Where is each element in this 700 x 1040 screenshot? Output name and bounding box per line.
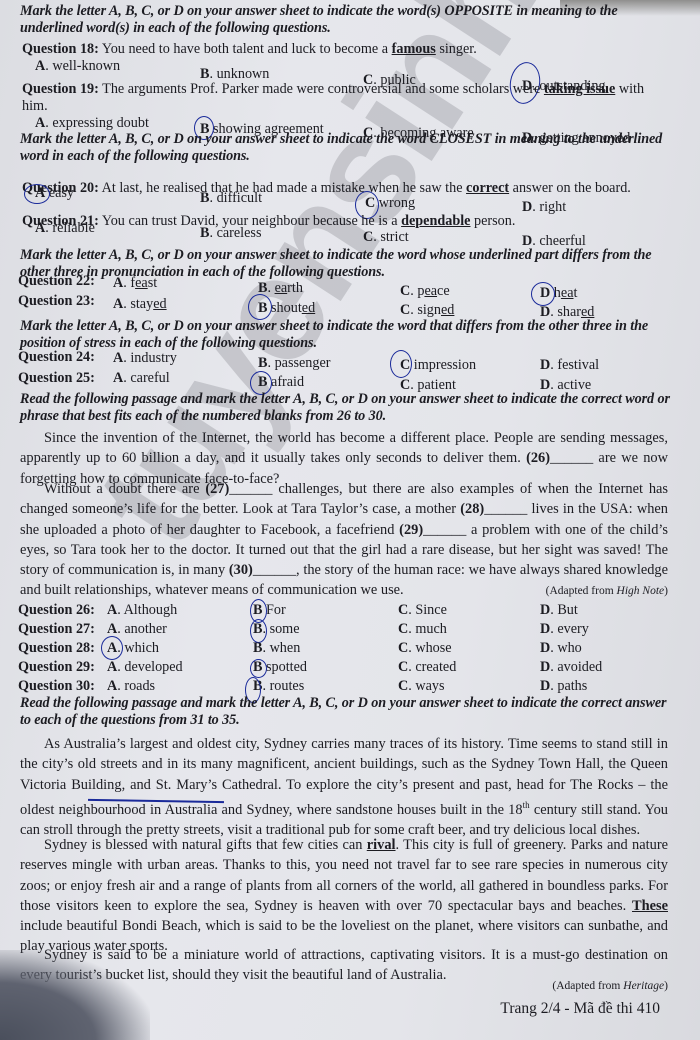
q22-option-b[interactable]: B. earth	[258, 280, 303, 297]
q29-option-a[interactable]: A. developed	[107, 659, 183, 676]
q19-option-a[interactable]: A. expressing doubt	[35, 115, 149, 132]
q25-option-a[interactable]: A. careful	[113, 370, 170, 387]
keyword: dependable	[401, 213, 470, 229]
q24-option-b[interactable]: B. passenger	[258, 355, 331, 372]
question-label: Question 18:	[22, 41, 99, 57]
reading-source: (Adapted from Heritage)	[552, 980, 668, 992]
q18-option-a[interactable]: A. well-known	[35, 58, 120, 75]
keyword: taking issue	[544, 81, 615, 97]
q26-option-b[interactable]: B For	[253, 602, 286, 619]
page-shadow-bottom	[0, 950, 150, 1040]
q22-option-a[interactable]: A. feast	[113, 275, 157, 292]
q29-option-d[interactable]: D. avoided	[540, 659, 602, 676]
q21-option-c[interactable]: C. strict	[363, 229, 409, 246]
keyword: These	[632, 898, 668, 914]
q20-option-c[interactable]: C wrong	[365, 195, 415, 212]
keyword: correct	[466, 180, 509, 196]
q27-option-b[interactable]: B. some	[253, 621, 300, 638]
question-19: Question 19: The arguments Prof. Parker …	[22, 81, 667, 115]
keyword: famous	[392, 41, 436, 57]
q28-option-a[interactable]: A. which	[107, 640, 159, 657]
question-22-label: Question 22:	[18, 273, 95, 290]
q30-option-b[interactable]: B. routes	[253, 678, 304, 695]
question-27-label: Question 27:	[18, 621, 95, 638]
q24-option-c[interactable]: C impression	[400, 357, 476, 374]
q29-option-c[interactable]: C. created	[398, 659, 456, 676]
q28-option-c[interactable]: C. whose	[398, 640, 452, 657]
reading-paragraph-1: As Australia’s largest and oldest city, …	[20, 734, 668, 840]
q30-option-a[interactable]: A. roads	[107, 678, 155, 695]
exam-page: tuyensinh247.com Mark the letter A, B, C…	[0, 0, 700, 1040]
q23-option-b[interactable]: B shouted	[258, 300, 315, 317]
instruction-opposite: Mark the letter A, B, C, or D on your an…	[20, 3, 670, 37]
instruction-cloze: Read the following passage and mark the …	[20, 391, 670, 425]
blank-29: (29)	[399, 522, 423, 538]
q20-option-a[interactable]: A easy	[35, 185, 74, 202]
q27-option-a[interactable]: A. another	[107, 621, 167, 638]
underlined-phrase: oldest neighbourhood	[20, 802, 146, 818]
q26-option-a[interactable]: A. Although	[107, 602, 177, 619]
q21-option-a[interactable]: A. reliable	[35, 220, 95, 237]
blank-26: (26)	[526, 450, 550, 466]
page-footer: Trang 2/4 - Mã đề thi 410	[500, 1000, 660, 1018]
q30-option-d[interactable]: D. paths	[540, 678, 587, 695]
question-30-label: Question 30:	[18, 678, 95, 695]
q22-option-c[interactable]: C. peace	[400, 283, 450, 300]
question-25-label: Question 25:	[18, 370, 95, 387]
q20-option-b[interactable]: B. difficult	[200, 190, 262, 207]
blank-27: (27)	[205, 481, 229, 497]
cloze-paragraph-2: Without a doubt there are (27)______ cha…	[20, 479, 668, 601]
blank-30: (30)	[229, 562, 253, 578]
question-28-label: Question 28:	[18, 640, 95, 657]
q26-option-d[interactable]: D. But	[540, 602, 578, 619]
q23-option-c[interactable]: C. signed	[400, 302, 454, 319]
q28-option-b[interactable]: B. when	[253, 640, 300, 657]
q27-option-c[interactable]: C. much	[398, 621, 447, 638]
q30-option-c[interactable]: C. ways	[398, 678, 445, 695]
question-26-label: Question 26:	[18, 602, 95, 619]
question-29-label: Question 29:	[18, 659, 95, 676]
question-18: Question 18: You need to have both talen…	[22, 41, 667, 58]
q28-option-d[interactable]: D. who	[540, 640, 582, 657]
question-label: Question 19:	[22, 81, 99, 97]
q26-option-c[interactable]: C. Since	[398, 602, 447, 619]
instruction-closest: Mark the letter A, B, C, or D on your an…	[20, 131, 670, 165]
question-21: Question 21: You can trust David, your n…	[22, 213, 667, 230]
q29-option-b[interactable]: B spotted	[253, 659, 307, 676]
q25-option-b[interactable]: B afraid	[258, 374, 304, 391]
instruction-stress: Mark the letter A, B, C, or D on your an…	[20, 318, 670, 352]
question-23-label: Question 23:	[18, 293, 95, 310]
q21-option-b[interactable]: B. careless	[200, 225, 261, 242]
instruction-reading: Read the following passage and mark the …	[20, 695, 670, 729]
q23-option-a[interactable]: A. stayed	[113, 296, 167, 313]
blank-28: (28)	[460, 501, 484, 517]
keyword: rival	[367, 837, 396, 853]
q24-option-d[interactable]: D. festival	[540, 357, 599, 374]
q27-option-d[interactable]: D. every	[540, 621, 589, 638]
question-20: Question 20: At last, he realised that h…	[22, 180, 667, 197]
reading-paragraph-2: Sydney is blessed with natural gifts tha…	[20, 835, 668, 957]
question-24-label: Question 24:	[18, 349, 95, 366]
q24-option-a[interactable]: A. industry	[113, 350, 177, 367]
q22-option-d[interactable]: D heat	[540, 285, 577, 302]
cloze-source: (Adapted from High Note)	[546, 585, 668, 597]
